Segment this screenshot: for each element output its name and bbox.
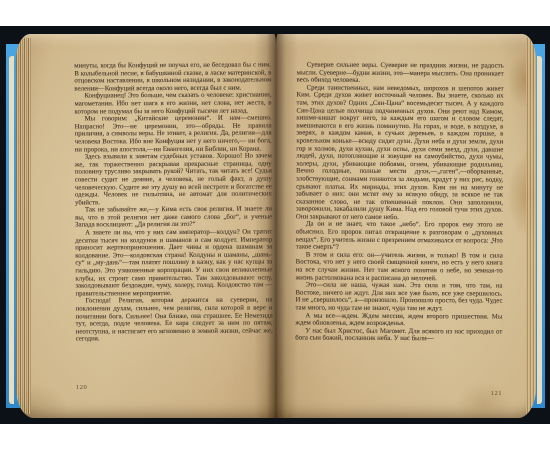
right-page: Суеверие сильнее веры. Суеверие не празд… — [276, 34, 536, 418]
photo-background: минуты, когда бы Конфуций не поучал его,… — [0, 26, 550, 424]
paragraph: Конфуцианец! Это больше, чем сказать о ч… — [74, 92, 271, 116]
paragraph: А знаете ли вы, что у них сам император—… — [75, 229, 272, 298]
paragraph: В этом и сила его: он—учитель жизни, и т… — [296, 251, 503, 282]
paragraph: Господа! Религия, которая держится на су… — [75, 297, 272, 344]
right-page-stacked-edges — [526, 38, 536, 414]
endpaper-left — [9, 56, 14, 404]
page-number-right: 121 — [491, 390, 502, 397]
endpaper-right — [537, 56, 542, 404]
left-page: минуты, когда бы Конфуций не поучал его,… — [16, 34, 276, 418]
paragraph: А мы все—ждем. Ждем мессии, ждем второго… — [295, 312, 502, 328]
book-cover-edge-left — [0, 30, 6, 420]
paragraph: У нас был Христос, был Магомет. Для всяк… — [295, 327, 502, 343]
book-pages: минуты, когда бы Конфуций не поучал его,… — [16, 34, 536, 418]
paragraph: Это—сила не наша, чужая нам. Эта сила и … — [295, 282, 502, 313]
book-cover-edge-right — [545, 30, 550, 420]
right-page-text: Суеверие сильнее веры. Суеверие не празд… — [295, 61, 503, 343]
left-page-stacked-edges — [16, 38, 31, 414]
paragraph: Да он и не знает, что такое „небо“. Его … — [296, 221, 503, 252]
paragraph: Мы говорим: „Китайские церемонии“. И нам… — [75, 115, 272, 154]
paragraph: Суеверие сильнее веры. Суеверие не празд… — [297, 61, 504, 85]
left-page-text: минуты, когда бы Конфуций не поучал его,… — [74, 61, 272, 343]
paragraph: Так не забывайте же,—у Кима есть своя ре… — [75, 206, 272, 230]
paragraph: минуты, когда бы Конфуций не поучал его,… — [74, 61, 271, 92]
paragraph: Среди таинственных, нам неведомых, шорох… — [296, 84, 504, 222]
paragraph: Здесь взывали к заветам судебных уставов… — [75, 153, 272, 207]
page-number-left: 120 — [76, 384, 87, 391]
